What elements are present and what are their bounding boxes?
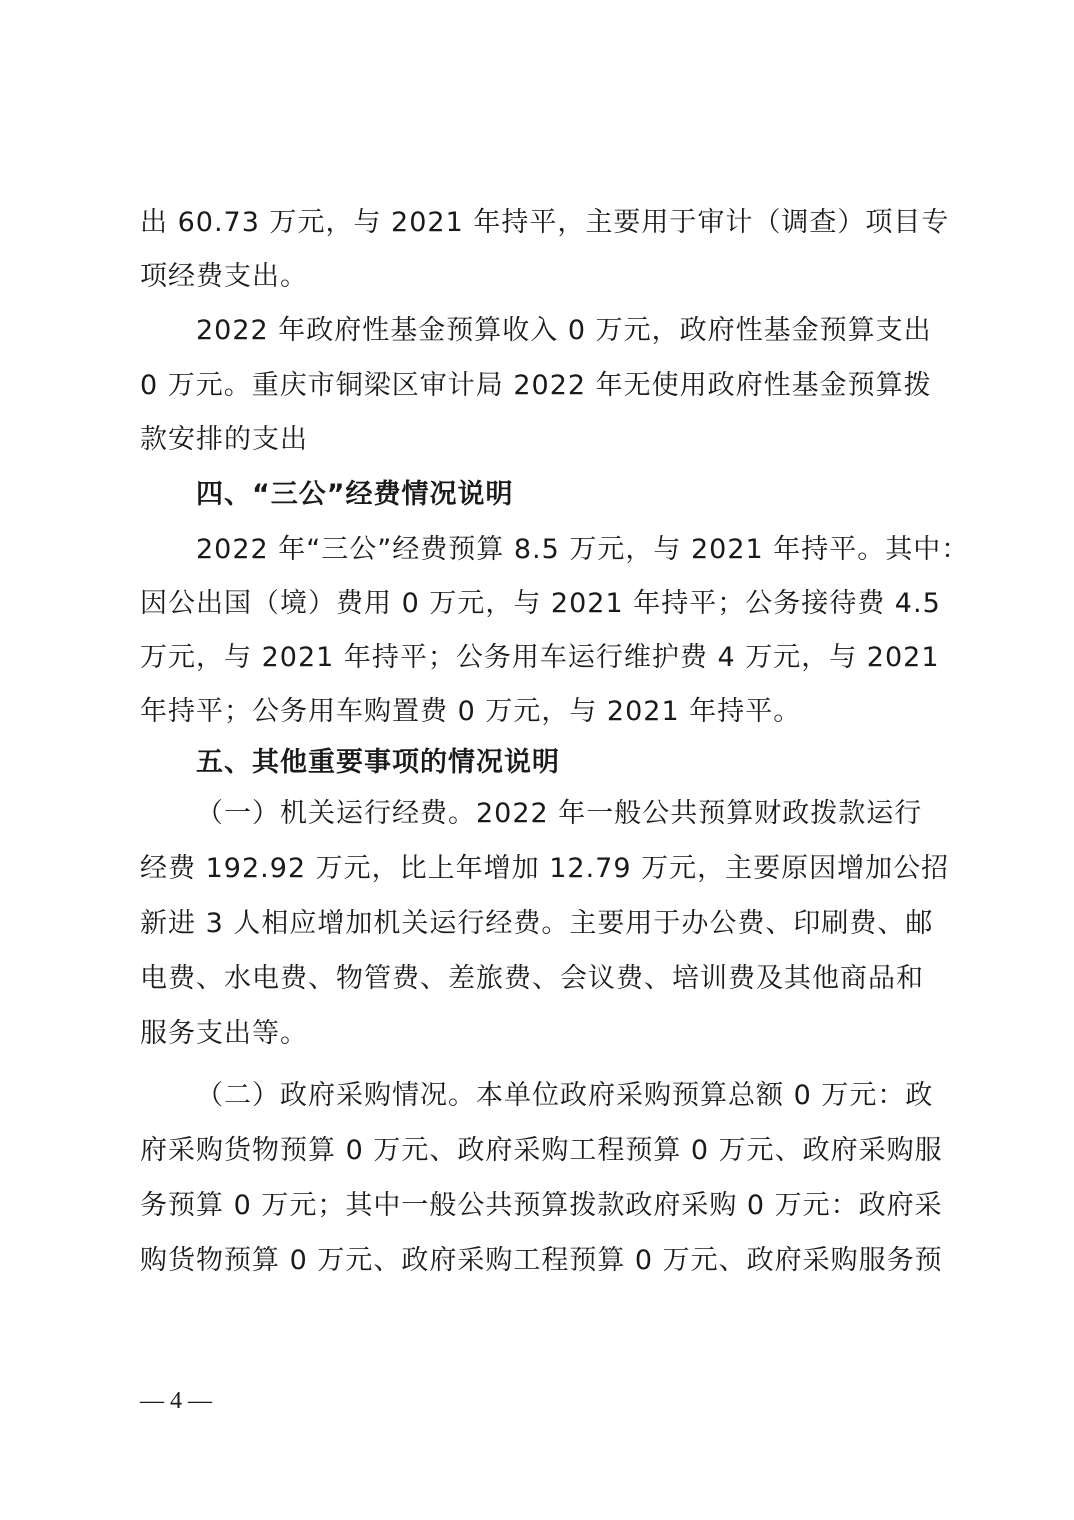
paragraph-line: 电费、水电费、物管费、差旅费、会议费、培训费及其他商品和 — [140, 961, 936, 997]
paragraph-line: 0 万元。重庆市铜梁区审计局 2022 年无使用政府性基金预算拨 — [140, 368, 936, 404]
paragraph-line: 出 60.73 万元，与 2021 年持平，主要用于审计（调查）项目专 — [140, 205, 936, 241]
document-page: 出 60.73 万元，与 2021 年持平，主要用于审计（调查）项目专 项经费支… — [0, 0, 1074, 1520]
paragraph-line: （一）机关运行经费。2022 年一般公共预算财政拨款运行 — [196, 796, 936, 832]
paragraph-line: （二）政府采购情况。本单位政府采购预算总额 0 万元：政 — [196, 1078, 936, 1114]
paragraph-line: 经费 192.92 万元，比上年增加 12.79 万元，主要原因增加公招 — [140, 851, 936, 887]
paragraph-line: 府采购货物预算 0 万元、政府采购工程预算 0 万元、政府采购服 — [140, 1133, 936, 1169]
paragraph-line: 款安排的支出 — [140, 422, 936, 458]
paragraph-line: 2022 年“三公”经费预算 8.5 万元，与 2021 年持平。其中： — [196, 532, 936, 568]
paragraph-line: 万元，与 2021 年持平；公务用车运行维护费 4 万元，与 2021 — [140, 640, 936, 676]
paragraph-line: 因公出国（境）费用 0 万元，与 2021 年持平；公务接待费 4.5 — [140, 586, 936, 622]
paragraph-line: 服务支出等。 — [140, 1016, 936, 1052]
paragraph-line: 购货物预算 0 万元、政府采购工程预算 0 万元、政府采购服务预 — [140, 1243, 936, 1279]
paragraph-line: 2022 年政府性基金预算收入 0 万元，政府性基金预算支出 — [196, 313, 936, 349]
page-number: — 4 — — [140, 1386, 212, 1416]
paragraph-line: 新进 3 人相应增加机关运行经费。主要用于办公费、印刷费、邮 — [140, 906, 936, 942]
paragraph-line: 项经费支出。 — [140, 259, 936, 295]
section-heading-san-gong: 四、“三公”经费情况说明 — [196, 477, 514, 513]
paragraph-line: 年持平；公务用车购置费 0 万元，与 2021 年持平。 — [140, 694, 936, 730]
section-heading-other-matters: 五、其他重要事项的情况说明 — [196, 745, 560, 781]
paragraph-line: 务预算 0 万元；其中一般公共预算拨款政府采购 0 万元：政府采 — [140, 1188, 936, 1224]
